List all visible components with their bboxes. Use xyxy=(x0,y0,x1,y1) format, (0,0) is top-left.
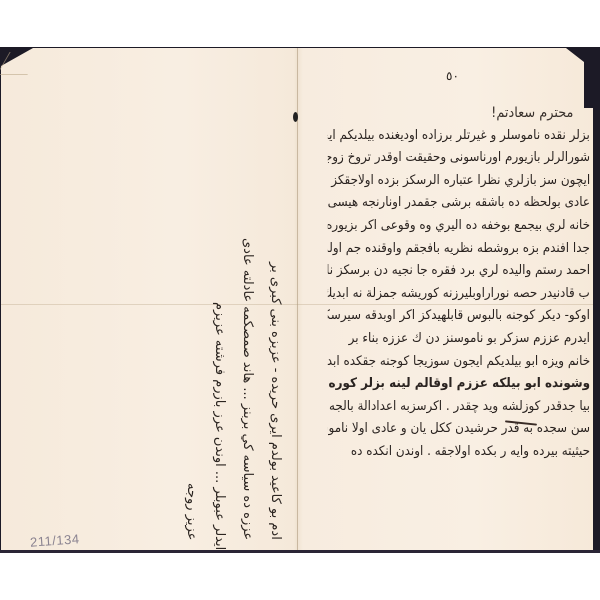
left-page-margin-text: ادم بو كاعيد بولدم ايرى حريده - عزبزه بن… xyxy=(150,70,300,540)
vertical-text-column: ايدلر عبوبلر ... اوندن عرز بازرم فرشته ع… xyxy=(212,80,227,550)
text-line: ب قادنيدر حصه نوراراوبليرزنه كوريشه جمزل… xyxy=(328,283,590,306)
text-line: عادى بولحظه ده باشقه برشى جقمدر اونارنجه… xyxy=(328,192,590,215)
text-line: شورالرلر بازيورم اورناسونى وحقيقت اوقدر … xyxy=(328,147,590,170)
text-line: جدا افندم بزه بروشطه نظريه بافجقم واوقند… xyxy=(328,238,590,261)
page-number-mark: ٥٠ xyxy=(446,69,459,83)
right-page-text: محترم سعادتم! بزلر نقده ناموسلر و غيرتلر… xyxy=(305,102,590,464)
text-line: خانه لري بيجمع بوخفه ده اليري وه وقوعى ا… xyxy=(328,215,590,238)
vertical-text-column: عززه ده سياسه كي بربنز ... هاند صمصكمه ع… xyxy=(240,70,255,540)
text-line: حيثيته بيرده وايه ر بكده اولاجقه . اوندن… xyxy=(328,441,590,464)
text-line: احمد رستم واليده لري برد فقره جا نجيه دن… xyxy=(328,260,590,283)
vertical-text-column: عزيز روجه xyxy=(184,70,199,540)
text-line: خانم ويزه ابو بيلديكم ايجون سوزيجا كوجنه… xyxy=(328,351,590,374)
text-line: سن سجده به قدر حرشيدن ككل يان و عادى اول… xyxy=(328,418,590,441)
text-line: ايچون سز بازلري نظرا عتباره الرسكز بزده … xyxy=(328,170,590,193)
text-line: اوكو- ديكر كوجنه بالبوس قابلهيدكز اكر او… xyxy=(328,305,590,328)
paper-bottom-edge xyxy=(0,550,600,553)
text-line: وشونده ابو بيلكه عززم اوقالم لينه بزلر ك… xyxy=(328,373,590,396)
salutation: محترم سعادتم! xyxy=(328,102,590,125)
text-line: بيا جدقدر كوزلشه ويد چقدر . اكرسزبه اعدا… xyxy=(328,396,590,419)
text-line: بزلر نقده ناموسلر و غيرتلر برزاده اوديغن… xyxy=(328,125,590,148)
vertical-text-column: ادم بو كاعيد بولدم ايرى حريده - عزبزه بن… xyxy=(268,70,283,540)
text-line: ايدرم عززم سزكر بو ناموسنز دن ك عززه بنا… xyxy=(328,328,590,351)
